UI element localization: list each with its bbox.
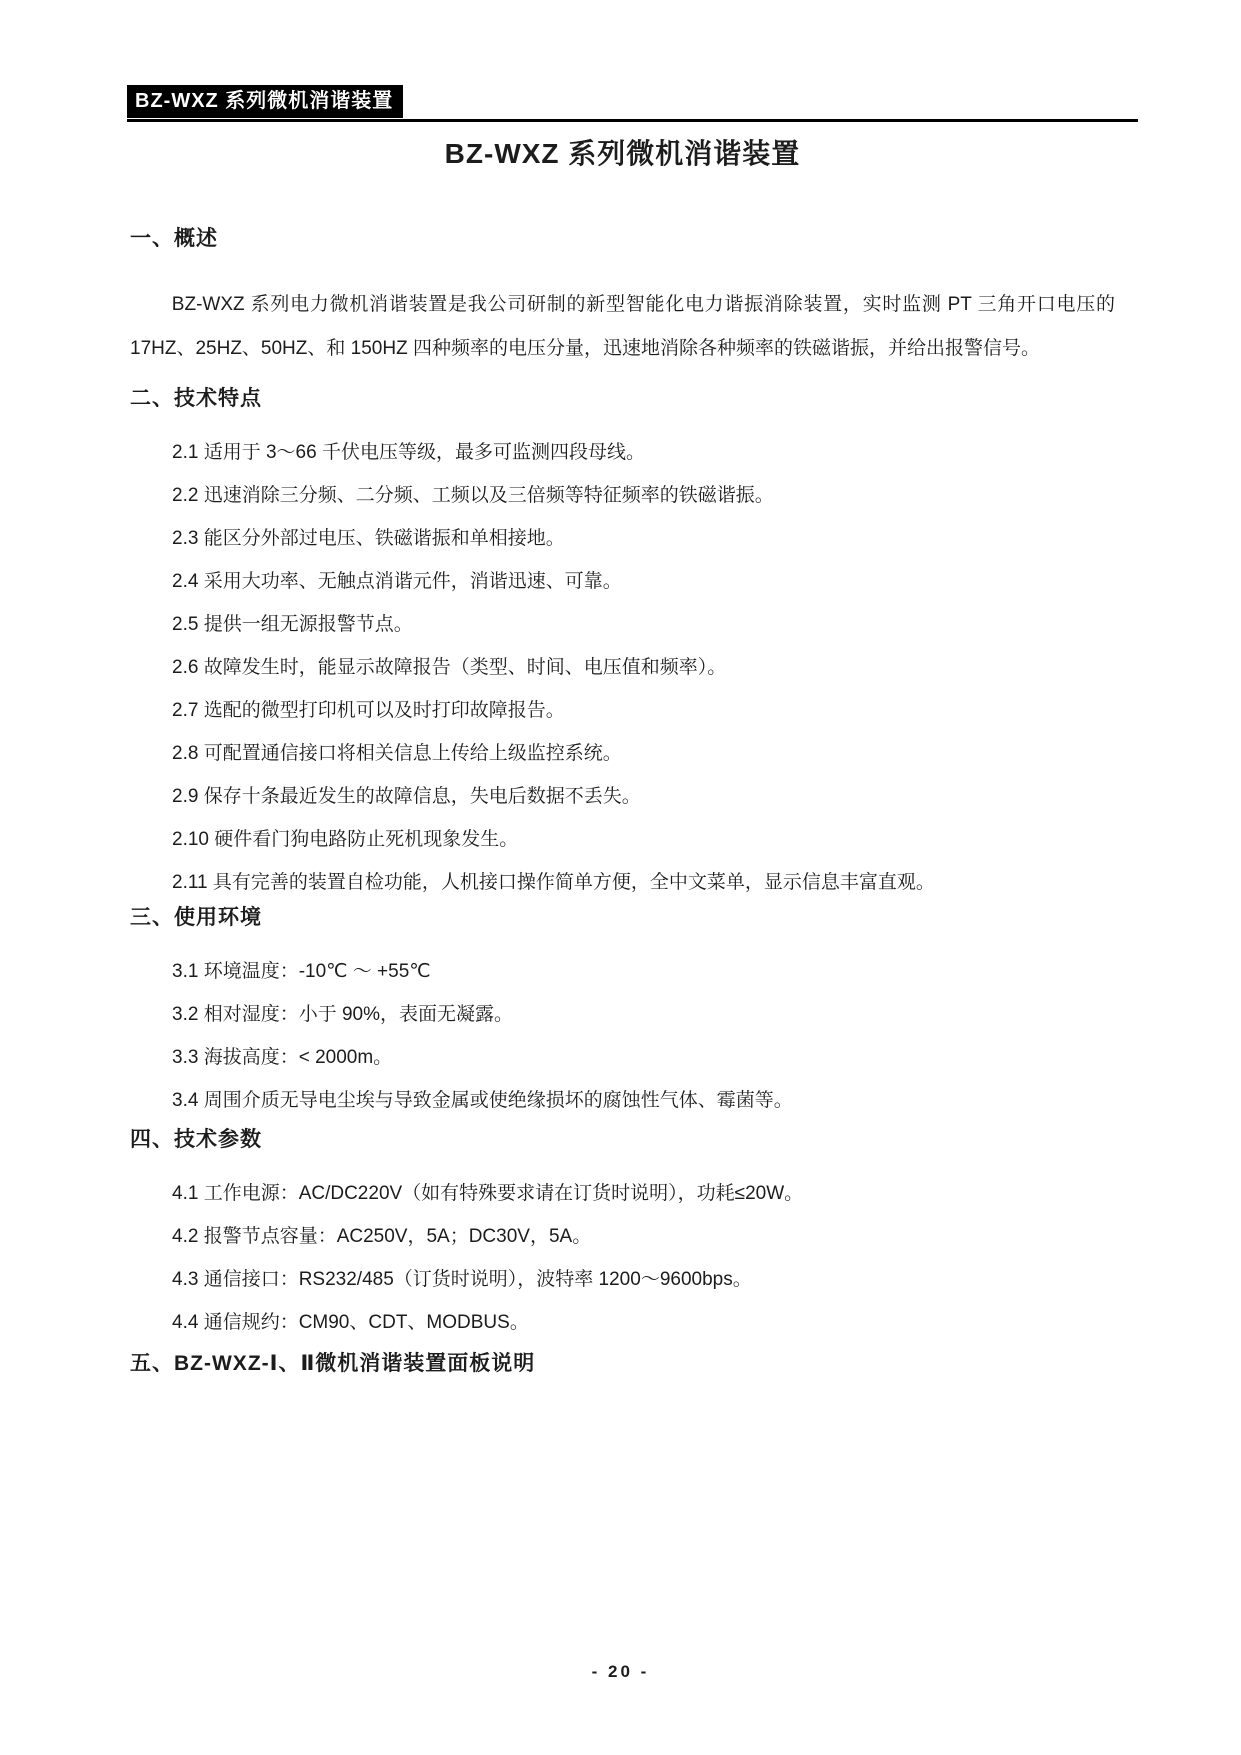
section-heading-overview: 一、概述 [130, 225, 1115, 253]
section-heading-panel: 五、BZ-WXZ-Ⅰ、Ⅱ微机消谐装置面板说明 [130, 1350, 1115, 1378]
environment-item: 3.4 周围介质无导电尘埃与导致金属或使绝缘损坏的腐蚀性气体、霉菌等。 [172, 1079, 1115, 1122]
page-title: BZ-WXZ 系列微机消谐装置 [130, 132, 1115, 172]
feature-item: 2.9 保存十条最近发生的故障信息，失电后数据不丢失。 [172, 775, 1115, 818]
feature-item: 2.10 硬件看门狗电路防止死机现象发生。 [172, 818, 1115, 861]
feature-item: 2.8 可配置通信接口将相关信息上传给上级监控系统。 [172, 732, 1115, 775]
header-rule [127, 119, 1138, 122]
environment-item: 3.3 海拔高度：< 2000m。 [172, 1036, 1115, 1079]
feature-item: 2.5 提供一组无源报警节点。 [172, 603, 1115, 646]
feature-item: 2.3 能区分外部过电压、铁磁谐振和单相接地。 [172, 517, 1115, 560]
parameter-item: 4.3 通信接口：RS232/485（订货时说明），波特率 1200～9600b… [172, 1258, 1115, 1301]
running-header-label: BZ-WXZ 系列微机消谐装置 [127, 85, 403, 118]
section-heading-environment: 三、使用环境 [130, 904, 1115, 932]
feature-item: 2.6 故障发生时，能显示故障报告（类型、时间、电压值和频率）。 [172, 646, 1115, 689]
environment-item: 3.1 环境温度：-10℃ ～ +55℃ [172, 950, 1115, 993]
environment-item: 3.2 相对湿度：小于 90%，表面无凝露。 [172, 993, 1115, 1036]
parameter-item: 4.4 通信规约：CM90、CDT、MODBUS。 [172, 1301, 1115, 1344]
feature-item: 2.1 适用于 3～66 千伏电压等级，最多可监测四段母线。 [172, 431, 1115, 474]
document-page: BZ-WXZ 系列微机消谐装置 BZ-WXZ 系列微机消谐装置 一、概述 BZ-… [0, 0, 1241, 1755]
feature-item: 2.2 迅速消除三分频、二分频、工频以及三倍频等特征频率的铁磁谐振。 [172, 474, 1115, 517]
feature-item: 2.7 选配的微型打印机可以及时打印故障报告。 [172, 689, 1115, 732]
parameter-item: 4.2 报警节点容量：AC250V，5A；DC30V，5A。 [172, 1215, 1115, 1258]
feature-item: 2.4 采用大功率、无触点消谐元件，消谐迅速、可靠。 [172, 560, 1115, 603]
page-number: - 20 - [0, 1662, 1241, 1682]
feature-item: 2.11 具有完善的装置自检功能，人机接口操作简单方便，全中文菜单，显示信息丰富… [172, 861, 1115, 904]
section-heading-features: 二、技术特点 [130, 385, 1115, 413]
document-body: 一、概述 BZ-WXZ 系列电力微机消谐装置是我公司研制的新型智能化电力谐振消除… [130, 225, 1115, 1378]
parameter-item: 4.1 工作电源：AC/DC220V（如有特殊要求请在订货时说明），功耗≤20W… [172, 1172, 1115, 1215]
section-heading-parameters: 四、技术参数 [130, 1126, 1115, 1154]
overview-paragraph: BZ-WXZ 系列电力微机消谐装置是我公司研制的新型智能化电力谐振消除装置，实时… [130, 283, 1115, 371]
